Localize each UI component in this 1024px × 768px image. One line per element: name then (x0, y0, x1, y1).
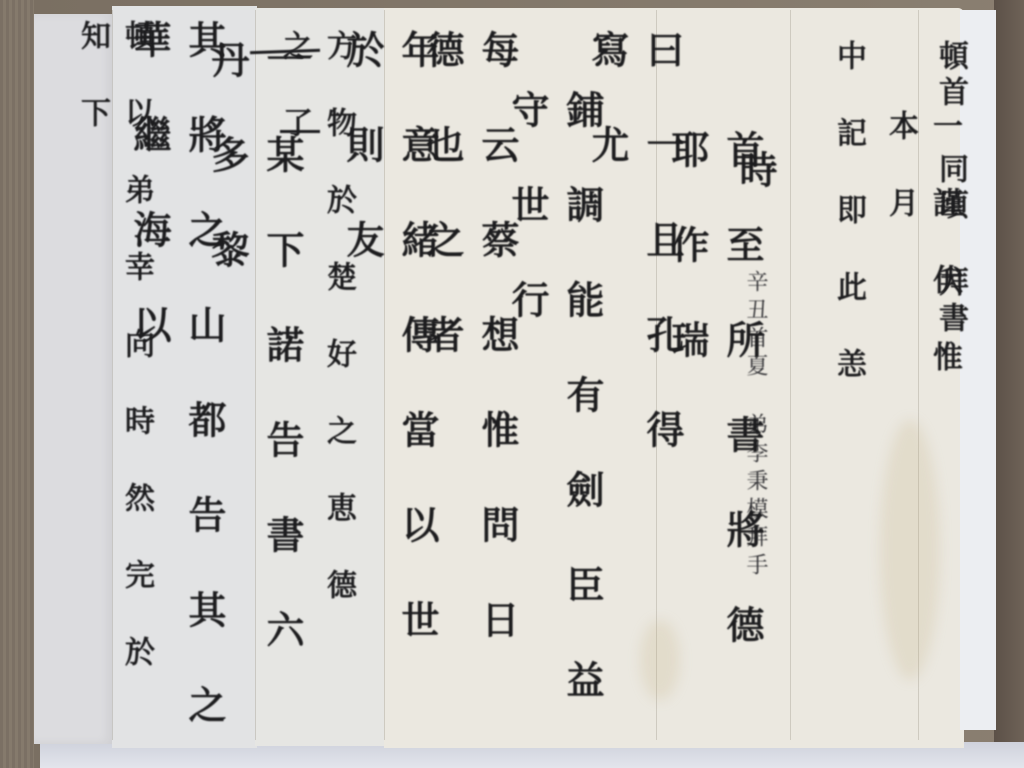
calligraphy-column: 頓 以 弟 幸 向 時 然 完 於 知 下 (70, 20, 158, 740)
wooden-surface-right (994, 0, 1024, 768)
water-stain (880, 420, 940, 680)
ink-stroke (280, 130, 320, 133)
calligraphy-column: 一 謹 伏 惟 本 月 (878, 110, 966, 440)
paper-fold-line (790, 10, 791, 740)
calligraphy-column: 中 記 即 此 恙 (826, 40, 870, 440)
wooden-surface-left (0, 0, 34, 768)
